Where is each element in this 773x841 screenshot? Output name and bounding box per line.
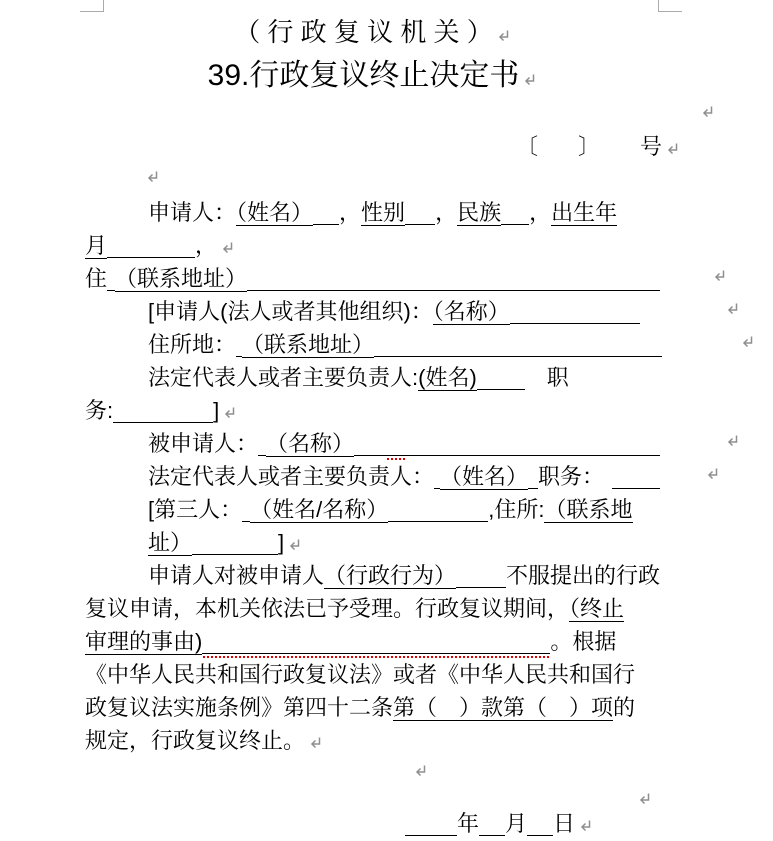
paragraph-mark-icon <box>637 791 652 806</box>
text-run: 住所地： <box>148 332 236 357</box>
paragraph-mark-icon <box>220 240 235 255</box>
blank-field[interactable] <box>434 466 440 489</box>
text-run: 址） <box>148 530 192 556</box>
text-run: 法定代表人或者主要负责人: <box>148 365 418 390</box>
paragraph-mark-icon <box>522 72 537 87</box>
org-address-line: 住所地：（联系地址） <box>85 328 660 361</box>
paragraph-mark-icon <box>725 301 740 316</box>
blank-field[interactable] <box>612 466 660 489</box>
blank-field[interactable] <box>405 813 457 836</box>
text-run: 的 <box>613 695 635 720</box>
paragraph-mark-icon <box>725 433 740 448</box>
paragraph-mark-icon <box>700 104 715 119</box>
org-header-line: （ 行 政 复 议 机 关 ） <box>85 10 660 54</box>
text-run: [申请人(法人或者其他组织)： <box>148 299 433 324</box>
text-run: （姓名） <box>236 200 313 226</box>
text-run: 性别 <box>361 200 405 226</box>
blank-field[interactable] <box>406 433 660 456</box>
paragraph-mark-icon <box>145 169 160 184</box>
text-run: 审理的事由) <box>85 629 202 655</box>
text-run: ， <box>435 200 457 225</box>
spacer <box>600 137 640 159</box>
blank-field[interactable] <box>236 334 242 357</box>
text-run: 日 <box>553 811 575 836</box>
blank-field[interactable] <box>528 466 538 489</box>
text-run: 月 <box>505 811 527 836</box>
text-run: （姓名） <box>440 464 528 490</box>
text-run: ] <box>278 530 284 555</box>
empty-line <box>85 163 660 196</box>
text-run: （联系地址） <box>242 332 374 358</box>
blank-field[interactable] <box>202 631 550 654</box>
text-run: （联系地址） <box>115 266 247 292</box>
paragraph-mark-icon <box>413 763 428 778</box>
spacer <box>604 467 612 489</box>
blank-field[interactable] <box>258 433 266 456</box>
text-run: （行政行为） <box>324 563 456 589</box>
empty-line <box>85 785 660 807</box>
text-run: （姓名/名称） <box>250 497 388 523</box>
blank-field[interactable] <box>374 334 662 357</box>
blank-field[interactable] <box>510 301 640 324</box>
blank-field[interactable] <box>107 268 115 291</box>
paragraph-mark-icon <box>740 334 755 349</box>
text-run: 法定代表人或者主要负责人： <box>148 464 434 489</box>
text-run: 第（ ）款第（ ）项 <box>393 695 613 721</box>
document-body[interactable]: （ 行 政 复 议 机 关 ）39.行政复议终止决定书〔〕号申请人：（姓名），性… <box>85 10 660 840</box>
margin-crop-mark-right <box>658 0 682 12</box>
paragraph-mark-icon <box>712 268 727 283</box>
text-run: ] <box>213 398 219 423</box>
text-run: 申请人对被申请人 <box>148 563 324 588</box>
blank-field[interactable] <box>479 813 505 836</box>
blank-field[interactable] <box>192 532 278 555</box>
blank-field[interactable] <box>477 367 525 390</box>
paragraph-mark-icon <box>578 818 593 833</box>
text-run: 申请人： <box>148 200 236 225</box>
blank-field[interactable] <box>386 433 406 456</box>
applicant-line: 申请人：（姓名），性别，民族，出生年 <box>85 196 660 229</box>
body-line-4: 《中华人民共和国行政复议法》或者《中华人民共和国行 <box>85 658 660 691</box>
text-run: 号 <box>640 134 662 159</box>
text-run: 〔 <box>516 134 538 159</box>
third-party-line: [第三人：（姓名/名称）,住所:（联系地 <box>85 493 660 526</box>
text-run: 不服提出的行政 <box>506 563 660 588</box>
text-run: 《中华人民共和国行政复议法》或者《中华人民共和国行 <box>85 662 635 687</box>
text-run: 月 <box>85 233 107 259</box>
org-applicant-line: [申请人(法人或者其他组织)：（名称） <box>85 295 660 328</box>
text-run: ,住所: <box>488 497 544 522</box>
text-run: （联系地 <box>544 497 632 523</box>
doc-title-line: 39.行政复议终止决定书 <box>85 54 660 98</box>
text-run: (姓名) <box>418 365 477 391</box>
blank-field[interactable] <box>456 565 506 588</box>
text-run: ， <box>195 233 217 258</box>
text-run: ， <box>529 200 551 225</box>
legal-rep-wrap: 务:] <box>85 394 660 427</box>
body-line-1: 申请人对被申请人（行政行为）不服提出的行政 <box>85 559 660 592</box>
paragraph-mark-icon <box>496 28 511 43</box>
blank-field[interactable] <box>354 433 386 456</box>
paragraph-mark-icon <box>287 537 302 552</box>
blank-field[interactable] <box>313 202 339 225</box>
third-party-wrap: 址）] <box>85 526 660 559</box>
blank-field[interactable] <box>501 202 529 225</box>
paragraph-mark-icon <box>705 466 720 481</box>
body-line-6: 规定，行政复议终止。 <box>85 724 660 757</box>
body-line-2: 复议申请，本机关依法已予受理。行政复议期间，（终止 <box>85 592 660 625</box>
blank-field[interactable] <box>113 400 213 423</box>
paragraph-mark-icon <box>665 141 680 156</box>
respondent-rep-line: 法定代表人或者主要负责人：（姓名）职务： <box>85 460 660 493</box>
spacer <box>538 137 578 159</box>
text-run: [第三人： <box>148 497 242 522</box>
text-run: 住 <box>85 266 107 291</box>
text-run: 。根据 <box>550 629 616 654</box>
respondent-line: 被申请人：（名称） <box>85 427 660 460</box>
text-run: 务: <box>85 398 113 423</box>
body-line-5: 政复议法实施条例》第四十二条第（ ）款第（ ）项的 <box>85 691 660 724</box>
text-run: 〕 <box>578 134 600 159</box>
text-run: （名称） <box>433 299 510 325</box>
text-run: 职务： <box>538 464 604 489</box>
empty-line <box>85 98 660 130</box>
empty-line <box>85 757 660 785</box>
text-run: （ 行 政 复 议 机 关 ） <box>234 17 493 47</box>
blank-field[interactable] <box>247 268 660 291</box>
text-run: ， <box>339 200 361 225</box>
text-run: 复议申请，本机关依法已予受理。行政复议期间， <box>85 596 569 621</box>
paragraph-mark-icon <box>222 405 237 420</box>
text-run: （终止 <box>569 596 624 622</box>
text-run: 出生年 <box>551 200 617 226</box>
text-run: 被申请人： <box>148 431 258 456</box>
document-page[interactable]: （ 行 政 复 议 机 关 ）39.行政复议终止决定书〔〕号申请人：（姓名），性… <box>0 0 773 841</box>
legal-rep-line: 法定代表人或者主要负责人:(姓名) 职 <box>85 361 660 394</box>
text-run: （名称） <box>266 431 354 457</box>
blank-field[interactable] <box>388 499 488 522</box>
blank-field[interactable] <box>527 813 553 836</box>
doc-number-line: 〔〕号 <box>85 130 660 163</box>
text-run: 民族 <box>457 200 501 226</box>
text-run: 政复议法实施条例》第四十二条 <box>85 695 393 720</box>
blank-field[interactable] <box>405 202 435 225</box>
applicant-line-wrap: 月， <box>85 229 660 262</box>
blank-field[interactable] <box>242 499 250 522</box>
residence-line: 住（联系地址） <box>85 262 660 295</box>
date-line: 年月日 <box>85 807 660 840</box>
body-line-3: 审理的事由)。根据 <box>85 625 660 658</box>
blank-field[interactable] <box>107 235 195 258</box>
paragraph-mark-icon <box>308 735 323 750</box>
text-run: 39.行政复议终止决定书 <box>208 59 520 92</box>
text-run: 年 <box>457 811 479 836</box>
text-run: 规定，行政复议终止。 <box>85 728 305 753</box>
text-run: 职 <box>525 365 569 390</box>
